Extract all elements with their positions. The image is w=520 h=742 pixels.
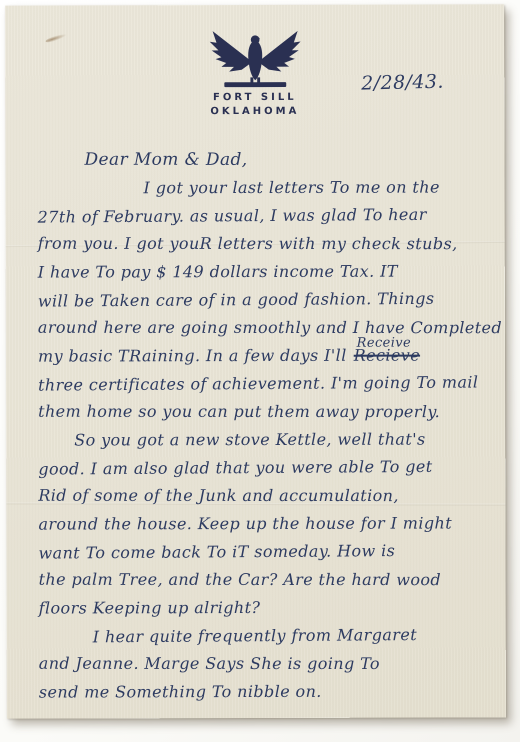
letter-line: send me Something To nibble on.	[39, 677, 501, 706]
letter-line: I got your last letters To me on the	[144, 173, 500, 202]
letter-line: good. I am also glad that you were able …	[38, 452, 500, 483]
letter-line: I hear quite frequently from Margaret	[93, 620, 501, 651]
letter-line: and Jeanne. Marge Says She is going To	[39, 650, 501, 678]
letter-line: from you. I got youR letters with my che…	[38, 230, 500, 258]
letter-line: three certificates of achievement. I'm g…	[38, 368, 500, 399]
letter-paper: FORT SILL OKLAHOMA 2/28/43. Dear Mom & D…	[5, 4, 506, 718]
letter-line: So you got a new stove Kettle, well that…	[74, 425, 500, 454]
letter-line: floors Keeping up alright?	[39, 593, 501, 622]
letter-line: them home so you can put them away prope…	[38, 398, 500, 426]
letter-body: Dear Mom & Dad, I got your last letters …	[37, 145, 500, 706]
letter-line: will be Taken care of in a good fashion.…	[38, 284, 500, 315]
letter-line: the palm Tree, and the Car? Are the hard…	[39, 566, 501, 594]
letter-line: Rid of some of the Junk and accumulation…	[38, 482, 500, 510]
eagle-icon	[197, 29, 313, 91]
scanned-letter: FORT SILL OKLAHOMA 2/28/43. Dear Mom & D…	[0, 0, 520, 742]
letter-line: want To come back To iT someday. How is	[38, 536, 500, 567]
letter-line-text: my basic TRaining. In a few days I'll	[38, 346, 347, 366]
salutation: Dear Mom & Dad,	[84, 146, 499, 174]
letterhead-location-line2: OKLAHOMA	[5, 104, 504, 119]
letter-line: I have To pay $ 149 dollars income Tax. …	[38, 257, 500, 286]
letter-line: 27th of February. as usual, I was glad T…	[38, 200, 500, 231]
letter-line-with-correction: my basic TRaining. In a few days I'llRec…	[38, 341, 500, 370]
inserted-word: Receive	[357, 330, 412, 358]
corrected-word: RecieveReceive	[354, 346, 420, 365]
handwritten-date: 2/28/43.	[361, 71, 444, 95]
letter-line: around here are going smoothly and I hav…	[38, 314, 500, 342]
letter-line: around the house. Keep up the house for …	[38, 509, 500, 538]
